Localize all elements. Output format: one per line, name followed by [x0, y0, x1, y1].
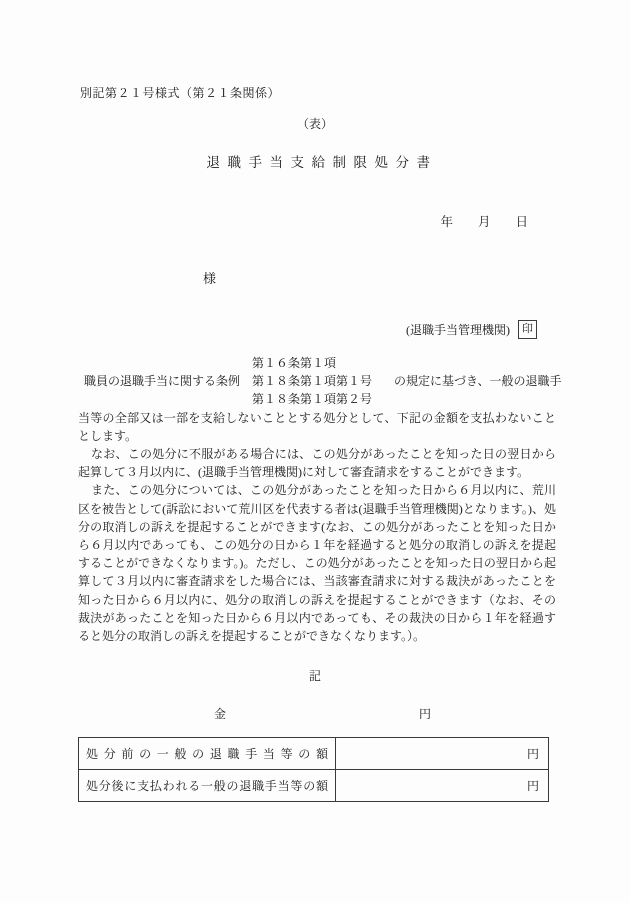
issuer-label: (退職手当管理機関)	[406, 321, 510, 338]
amount-cell: 円	[336, 738, 549, 770]
clause-article-refs: 第１６条第１項 第１８条第１項第１号 第１８条第１項第２号	[252, 354, 372, 409]
amount-unit: 円	[419, 705, 431, 722]
date-line: 年 月 日	[440, 212, 528, 230]
amount-line: 金 円	[78, 705, 556, 723]
body-paragraph-continuation: 当等の全部又は一部を支給しないこととする処分として、下記の金額を支払わないことと…	[78, 409, 556, 445]
body-paragraph-appeal: なお、この処分に不服がある場合には、この処分があったことを知った日の翌日から起算…	[78, 445, 556, 481]
document-page: 別記第２１号様式（第２１条関係） （表） 退職手当支給制限処分書 年 月 日 様…	[0, 0, 630, 903]
table-row-before-disposition: 処分前の一般の退職手当等の額 円	[79, 738, 549, 770]
issuer-line: (退職手当管理機関) 印	[406, 320, 537, 339]
article-ref: 第１８条第１項第１号	[252, 372, 372, 390]
amount-cell: 円	[336, 770, 549, 802]
row-label: 処分後に支払われる一般の退職手当等の額	[79, 770, 336, 802]
amounts-table: 処分前の一般の退職手当等の額 円 処分後に支払われる一般の退職手当等の額 円	[78, 737, 549, 802]
body-paragraph-lawsuit: また、この処分については、この処分があったことを知った日から６月以内に、荒川区を…	[78, 481, 556, 645]
seal-box: 印	[518, 320, 537, 339]
body-text: 職員の退職手当に関する条例 第１６条第１項 第１８条第１項第１号 第１８条第１項…	[78, 354, 556, 645]
table-row-after-disposition: 処分後に支払われる一般の退職手当等の額 円	[79, 770, 549, 802]
article-ref: 第１８条第１項第２号	[252, 390, 372, 408]
side-label: （表）	[0, 115, 630, 132]
record-heading: 記	[0, 667, 630, 684]
form-number: 別記第２１号様式（第２１条関係）	[80, 84, 280, 101]
legal-clause: 職員の退職手当に関する条例 第１６条第１項 第１８条第１項第１号 第１８条第１項…	[78, 354, 556, 409]
clause-right-text: の規定に基づき、一般の退職手	[394, 372, 562, 390]
clause-left-text: 職員の退職手当に関する条例	[84, 372, 240, 390]
row-label: 処分前の一般の退職手当等の額	[79, 738, 336, 770]
article-ref: 第１６条第１項	[252, 354, 372, 372]
document-title: 退職手当支給制限処分書	[0, 151, 630, 171]
amount-prefix: 金	[214, 705, 226, 722]
addressee-suffix: 様	[203, 268, 216, 287]
